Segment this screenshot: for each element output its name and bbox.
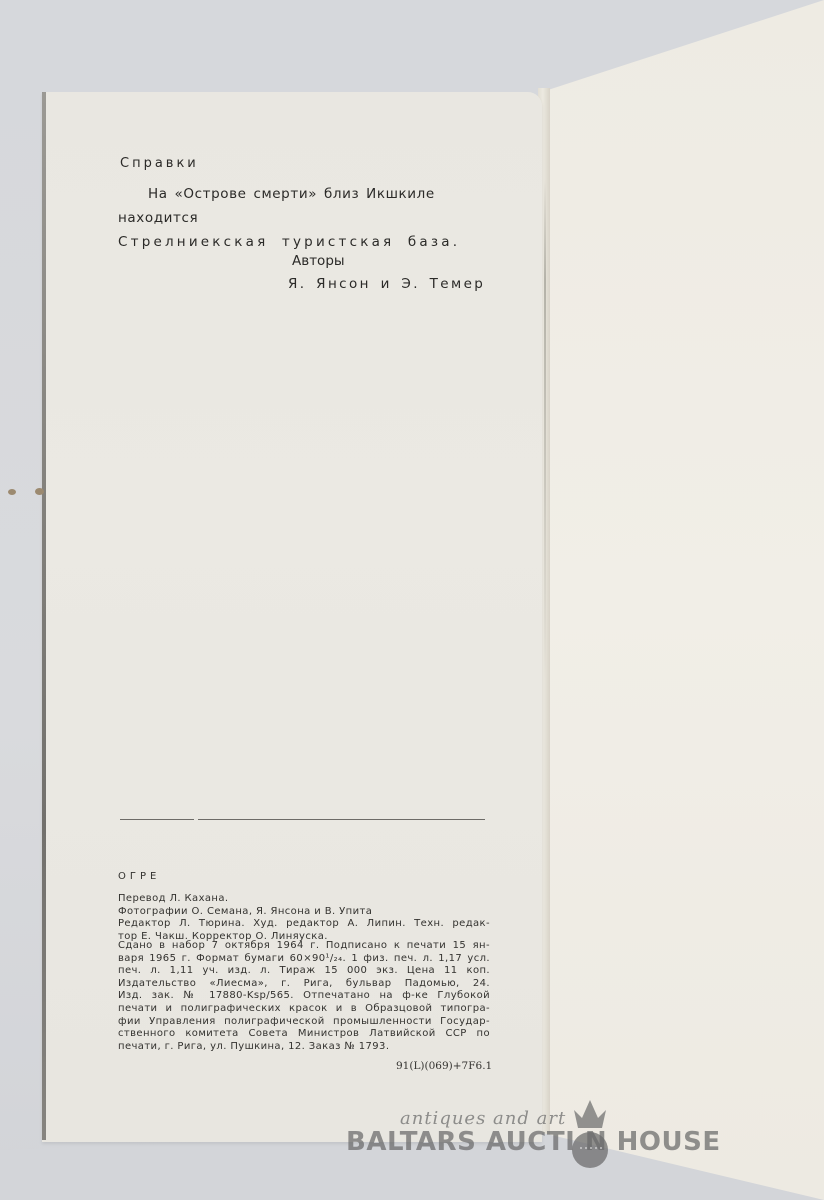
imprint-title: ОГРЕ	[118, 871, 490, 884]
credit-line: Редактор Л. Тюрина. Худ. редактор А. Лип…	[118, 918, 490, 931]
credit-line: Фотографии О. Семана, Я. Янсона и В. Упи…	[118, 906, 490, 919]
divider-rule	[198, 819, 485, 820]
imprint-credits: Перевод Л. Кахана. Фотографии О. Семана,…	[118, 893, 490, 943]
back-cover-page	[548, 0, 824, 1200]
section-heading: Справки	[120, 156, 199, 171]
info-paragraph: На «Острове смерти» близ Икшкиле находит…	[118, 182, 498, 254]
publication-line: печати, г. Рига, ул. Пушкина, 12. Заказ …	[118, 1041, 490, 1054]
publication-line: Издательство «Лиесма», г. Рига, бульвар …	[118, 978, 490, 991]
paragraph-line: Стрелниекская туристская база.	[118, 230, 498, 254]
authors-label: Авторы	[292, 253, 345, 269]
publication-line: фии Управления полиграфической промышлен…	[118, 1016, 490, 1029]
crown-icon	[570, 1098, 610, 1178]
imprint-publication-details: Сдано в набор 7 октября 1964 г. Подписан…	[118, 940, 490, 1053]
divider-rule	[120, 819, 194, 820]
authors-names: Я. Янсон и Э. Темер	[288, 276, 485, 292]
publication-line: печ. л. 1,11 уч. изд. л. Тираж 15 000 эк…	[118, 965, 490, 978]
publication-line: ственного комитета Совета Министров Латв…	[118, 1028, 490, 1041]
stain-mark	[8, 489, 16, 495]
credit-line: Перевод Л. Кахана.	[118, 893, 490, 906]
classification-code: 91(L)(069)+7F6.1	[396, 1060, 492, 1072]
publication-line: варя 1965 г. Формат бумаги 60×90¹/₂₄. 1 …	[118, 953, 490, 966]
publication-line: печати и полиграфических красок и в Обра…	[118, 1003, 490, 1016]
watermark-tagline: antiques and art	[400, 1108, 566, 1129]
paragraph-line: На «Острове смерти» близ Икшкиле находит…	[118, 182, 498, 230]
publication-line: Сдано в набор 7 октября 1964 г. Подписан…	[118, 940, 490, 953]
page-edge	[42, 92, 46, 1140]
watermark-name: BALTARS AUCTI N HOUSE	[346, 1127, 721, 1157]
spine-shadow	[544, 180, 546, 680]
publication-line: Изд. зак. № 17880-Ksp/565. Отпечатано на…	[118, 990, 490, 1003]
stain-mark	[35, 488, 44, 495]
